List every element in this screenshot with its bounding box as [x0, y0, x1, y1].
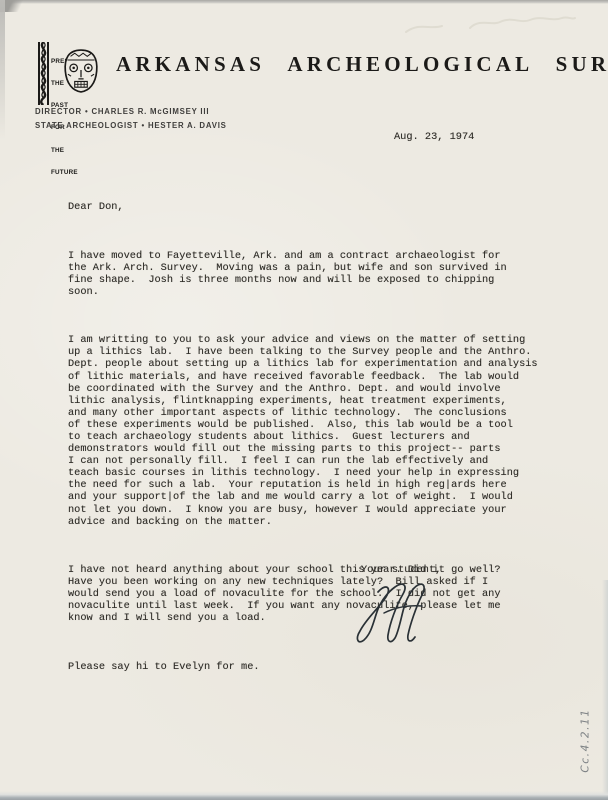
paragraph: I have moved to Fayetteville, Ark. and a… [68, 250, 538, 298]
motto-line: FUTURE [51, 169, 94, 176]
paragraph: Please say hi to Evelyn for me. [68, 661, 538, 673]
scan-edge-left [0, 0, 5, 140]
scan-edge-right [602, 580, 608, 800]
motto-line: THE [51, 147, 94, 154]
letter-body: Dear Don, I have moved to Fayetteville, … [68, 177, 538, 697]
scan-edge-bottom [0, 791, 608, 800]
mississippian-mask-icon [59, 48, 103, 94]
letter-date: Aug. 23, 1974 [394, 131, 474, 143]
org-title: ARKANSAS ARCHEOLOGICAL SURVEY [116, 52, 608, 77]
officers-block: DIRECTOR • CHARLES R. McGIMSEY III STATE… [35, 105, 227, 133]
state-archeologist-line: STATE ARCHEOLOGIST • HESTER A. DAVIS [35, 119, 227, 133]
archival-code: Cc.4.2.11 [580, 691, 595, 791]
braided-cord-icon [37, 42, 50, 105]
signature-jeff [348, 578, 434, 654]
scan-edge-top [0, 0, 608, 4]
paragraph: I have not heard anything about your sch… [68, 564, 538, 624]
letter-paper: PRESERVING THE PAST FOR THE FUTURE ARKAN… [0, 0, 608, 800]
paragraph: I am writting to you to ask your advice … [68, 334, 538, 528]
salutation: Dear Don, [68, 201, 538, 213]
director-line: DIRECTOR • CHARLES R. McGIMSEY III [35, 105, 227, 119]
faint-pencil-annotation [400, 8, 580, 44]
closing: Your student, [361, 564, 441, 576]
